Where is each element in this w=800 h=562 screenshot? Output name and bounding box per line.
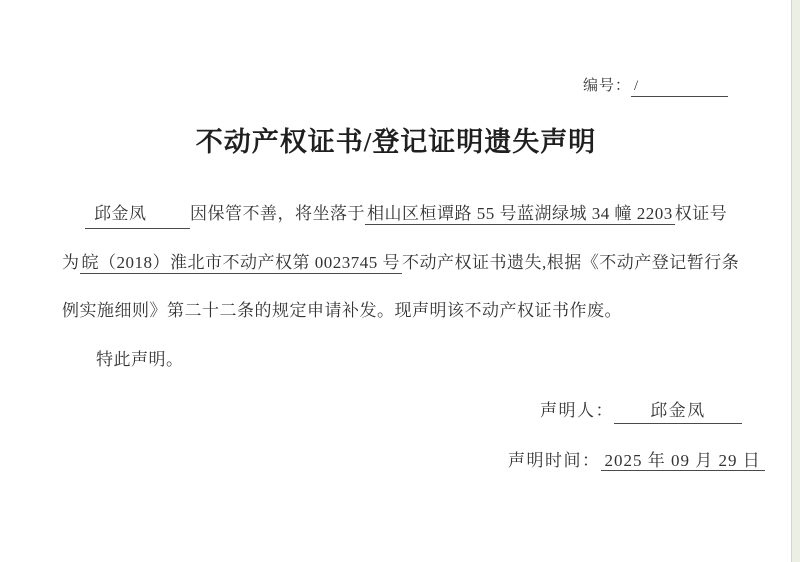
paragraph-line-2: 为皖（2018）淮北市不动产权第 0023745 号不动产权证书遗失,根据《不动… (62, 239, 738, 288)
line1-text-2: 权证号 (675, 204, 728, 223)
document-number-line: 编号：/ (0, 74, 728, 97)
document-page: { "header": { "number_label": "编号：", "nu… (0, 0, 800, 562)
declarant-line: 声明人：邱金凤 (540, 396, 742, 424)
line2-text-2: 不动产权证书遗失,根据《不动产登记暂行条 (402, 253, 739, 272)
statement-paragraph: 邱金凤因保管不善，将坐落于相山区桓谭路 55 号蓝湖绿城 34 幢 2203权证… (62, 190, 738, 384)
owner-name-blank: 邱金凤 (85, 201, 190, 229)
paragraph-line-3: 例实施细则》第二十二条的规定申请补发。现声明该不动产权证书作废。 (62, 287, 738, 336)
number-value-blank: / (631, 78, 728, 97)
closing-line: 特此声明。 (62, 336, 738, 385)
declarant-name-blank: 邱金凤 (614, 400, 742, 424)
property-location-blank: 相山区桓谭路 55 号蓝湖绿城 34 幢 2203 (365, 204, 675, 225)
document-title: 不动产权证书/登记证明遗失声明 (0, 120, 792, 159)
declaration-date-line: 声明时间：2025 年 09 月 29 日 (508, 446, 765, 471)
number-label: 编号： (583, 78, 631, 94)
line2-text-1: 为 (62, 253, 80, 272)
page-edge-strip (791, 0, 800, 562)
certificate-number-blank: 皖（2018）淮北市不动产权第 0023745 号 (80, 253, 403, 274)
declarant-label: 声明人： (540, 401, 614, 420)
paragraph-line-1: 邱金凤因保管不善，将坐落于相山区桓谭路 55 号蓝湖绿城 34 幢 2203权证… (62, 190, 738, 239)
date-value-blank: 2025 年 09 月 29 日 (601, 451, 765, 471)
date-label: 声明时间： (508, 451, 601, 470)
closing-text: 特此声明。 (96, 350, 184, 369)
line1-text-1: 因保管不善，将坐落于 (190, 204, 365, 223)
number-value: / (634, 78, 638, 94)
